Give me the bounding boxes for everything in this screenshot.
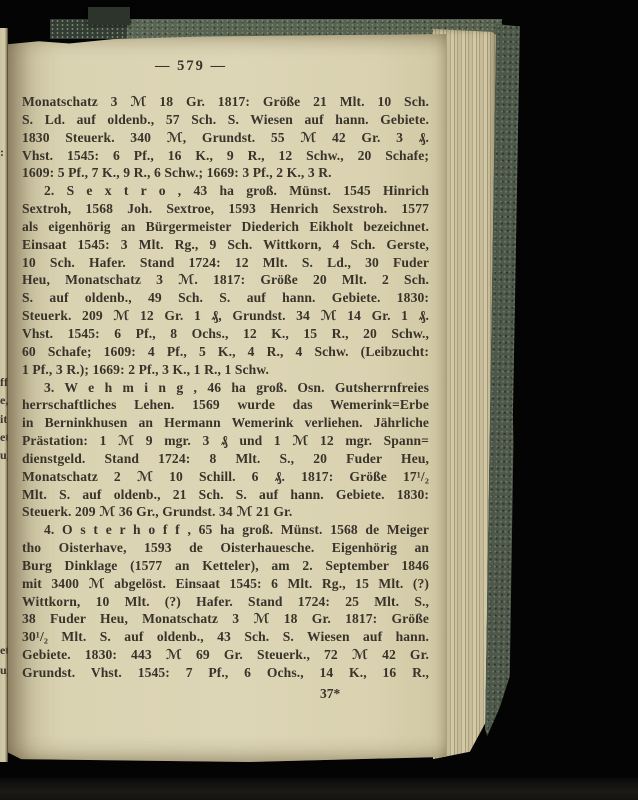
- page-number: — 579 —: [0, 58, 394, 75]
- text-lines: Monatschatz 3 ℳ 18 Gr. 1817: Größe 21 Ml…: [22, 93, 429, 682]
- text-line: herrschaftliches Lehen. 1569 wurde das W…: [22, 396, 429, 414]
- text-line: 4. O s t e r h o f f , 65 ha groß. Münst…: [22, 521, 429, 539]
- facing-page-sliver: :ffe,itetu,etu,: [0, 28, 8, 762]
- facing-page-text-fragment: u,: [0, 449, 8, 461]
- text-line: als eigenhörig an Bürgermeister Diederic…: [22, 218, 429, 236]
- text-line: 38 Fuder Heu, Monatschatz 3 ℳ 18 Gr. 181…: [22, 610, 429, 628]
- text-line: Prästation: 1 ℳ 9 mgr. 3 ₰ und 1 ℳ 12 mg…: [22, 432, 429, 450]
- text-line: S. auf oldenb., 49 Sch. S. auf hann. Geb…: [22, 289, 429, 307]
- book-page: — 579 — Monatschatz 3 ℳ 18 Gr. 1817: Grö…: [8, 34, 446, 762]
- text-line: Steuerk. 209 ℳ 12 Gr. 1 ₰, Grundst. 34 ℳ…: [22, 307, 429, 325]
- text-line: in Berninkhusen an Hermann Wemerink verl…: [22, 414, 429, 432]
- facing-page-text-fragment: et: [0, 431, 8, 443]
- text-line: mit 3400 ℳ abgelöst. Einsaat 1545: 6 Mlt…: [22, 575, 429, 593]
- text-line: Sextroh, 1568 Joh. Sextroe, 1593 Henrich…: [22, 200, 429, 218]
- text-line: 2. S e x t r o , 43 ha groß. Münst. 1545…: [22, 182, 429, 200]
- text-line: Monatschatz 2 ℳ 10 Schill. 6 ₰. 1817: Gr…: [22, 468, 429, 486]
- text-line: tho Oisterhave, 1593 de Oisterhauesche. …: [22, 539, 429, 557]
- book-cover-corner: [88, 7, 130, 25]
- facing-page-text-fragment: et: [0, 644, 8, 656]
- text-line: 1609: 5 Pf., 7 K., 9 R., 6 Schw.; 1669: …: [22, 164, 429, 182]
- facing-page-text-fragment: u,: [0, 664, 8, 676]
- facing-page-text-fragment: it: [0, 413, 8, 425]
- text-line: 60 Schafe; 1609: 4 Pf., 5 K., 4 R., 4 Sc…: [22, 343, 429, 361]
- facing-page-text-fragment: :: [0, 146, 8, 158]
- facing-page-text-fragment: ff: [0, 376, 8, 388]
- text-line: 1830 Steuerk. 340 ℳ, Grundst. 55 ℳ 42 Gr…: [22, 129, 429, 147]
- text-line: Burg Dinklage (1577 an Ketteler), am 2. …: [22, 557, 429, 575]
- text-line: Grundst. Vhst. 1545: 7 Pf., 6 Ochs., 14 …: [22, 664, 429, 682]
- text-line: Mlt. S. auf oldenb., 21 Sch. S. auf hann…: [22, 486, 429, 504]
- table-surface: [0, 778, 638, 800]
- signature-mark: 37*: [320, 686, 340, 702]
- text-line: Vhst. 1545: 6 Pf., 8 Ochs., 12 K., 15 R.…: [22, 325, 429, 343]
- text-line: Wittkorn, 10 Mlt. (?) Hafer. Stand 1724:…: [22, 593, 429, 611]
- facing-page-text-fragment: e,: [0, 394, 8, 406]
- text-line: 3. W e h m i n g , 46 ha groß. Osn. Guts…: [22, 379, 429, 397]
- text-line: 30¹/₂ Mlt. S. auf oldenb., 43 Sch. S. Wi…: [22, 628, 429, 646]
- text-line: dienstgeld. Stand 1724: 8 Mlt. S., 20 Fu…: [22, 450, 429, 468]
- book-photo: :ffe,itetu,etu, — 579 — Monatschatz 3 ℳ …: [0, 0, 638, 800]
- text-line: Einsaat 1545: 3 Mlt. Rg., 9 Sch. Wittkor…: [22, 236, 429, 254]
- text-line: Gebiete. 1830: 443 ℳ 69 Gr. Steuerk., 72…: [22, 646, 429, 664]
- text-line: 1 Pf., 3 R.); 1669: 2 Pf., 3 K., 1 R., 1…: [22, 361, 429, 379]
- text-line: S. Ld. auf oldenb., 57 Sch. S. Wiesen au…: [22, 111, 429, 129]
- text-line: 10 Sch. Hafer. Stand 1724: 12 Mlt. S. Ld…: [22, 254, 429, 272]
- text-line: Monatschatz 3 ℳ 18 Gr. 1817: Größe 21 Ml…: [22, 93, 429, 111]
- text-line: Vhst. 1545: 6 Pf., 16 K., 9 R., 12 Schw.…: [22, 147, 429, 165]
- text-line: Steuerk. 209 ℳ 36 Gr., Grundst. 34 ℳ 21 …: [22, 503, 429, 521]
- text-line: Heu, Monatschatz 3 ℳ. 1817: Größe 20 Mlt…: [22, 271, 429, 289]
